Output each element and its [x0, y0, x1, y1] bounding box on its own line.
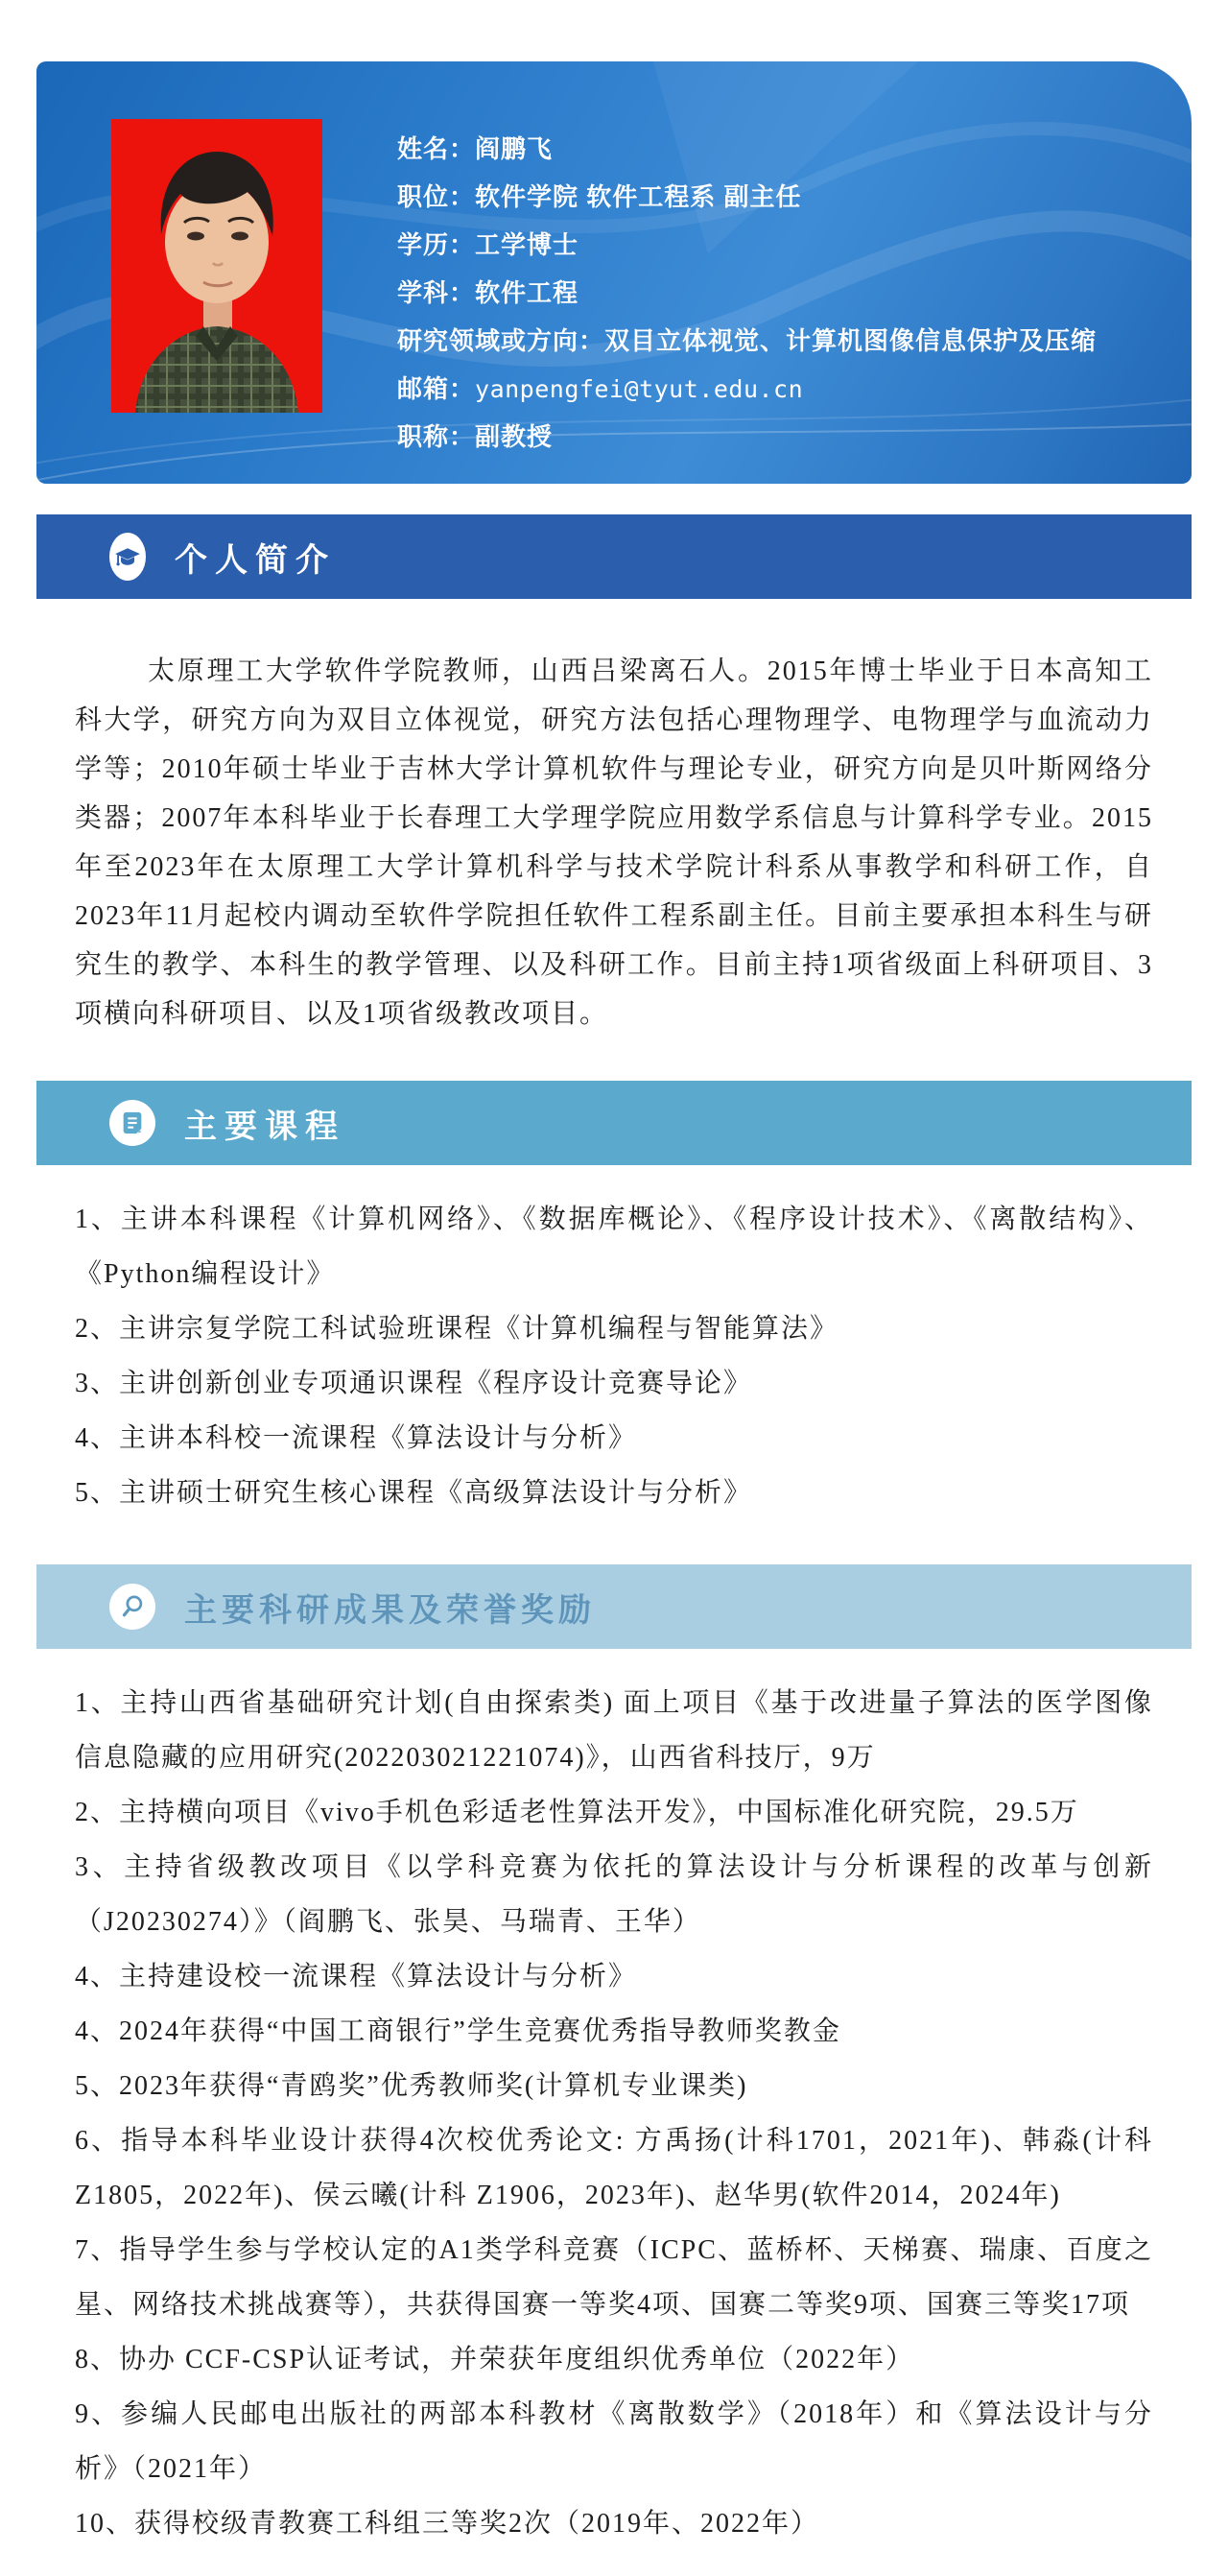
achievement-item: 2、主持横向项目《vivo手机色彩适老性算法开发》，中国标准化研究院，29.5万 [75, 1785, 1153, 1840]
course-item: 3、主讲创新创业专项通识课程《程序设计竞赛导论》 [75, 1356, 1153, 1411]
section-header-intro: 个人简介 [36, 514, 1192, 599]
id-photo [111, 119, 322, 413]
achievement-item: 3、主持省级教改项目《以学科竞赛为依托的算法设计与分析课程的改革与创新（J202… [75, 1840, 1153, 1949]
faculty-profile-page: 姓名：阎鹏飞 职位：软件学院 软件工程系 副主任 学历：工学博士 学科：软件工程… [0, 0, 1228, 2576]
profile-field-value: 软件工程 [475, 278, 579, 307]
profile-field-label: 学科： [397, 278, 475, 307]
achievement-item: 7、指导学生参与学校认定的A1类学科竞赛（ICPC、蓝桥杯、天梯赛、瑞康、百度之… [75, 2223, 1153, 2332]
profile-field-row: 学历：工学博士 [397, 221, 1163, 269]
course-item: 1、主讲本科课程《计算机网络》、《数据库概论》、《程序设计技术》、《离散结构》、… [75, 1192, 1153, 1301]
profile-field-value: 阎鹏飞 [475, 134, 553, 163]
document-icon [109, 1100, 155, 1146]
profile-field-value: yanpengfei@tyut.edu.cn [475, 375, 803, 403]
section-title-intro: 个人简介 [175, 534, 336, 581]
course-list: 1、主讲本科课程《计算机网络》、《数据库概论》、《程序设计技术》、《离散结构》、… [75, 1192, 1153, 1520]
profile-field-row: 职称：副教授 [397, 413, 1163, 461]
achievement-item: 4、主持建设校一流课程《算法设计与分析》 [75, 1949, 1153, 2004]
course-item: 4、主讲本科校一流课程《算法设计与分析》 [75, 1411, 1153, 1466]
profile-field-label: 职称： [397, 422, 475, 451]
course-item: 5、主讲硕士研究生核心课程《高级算法设计与分析》 [75, 1466, 1153, 1520]
profile-field-row: 研究领域或方向：双目立体视觉、计算机图像信息保护及压缩 [397, 317, 1163, 365]
section-header-courses: 主要课程 [36, 1081, 1192, 1165]
profile-field-row: 邮箱：yanpengfei@tyut.edu.cn [397, 365, 1163, 413]
profile-field-value: 副教授 [475, 422, 553, 451]
profile-field-row: 姓名：阎鹏飞 [397, 125, 1163, 173]
achievement-item: 6、指导本科毕业设计获得4次校优秀论文: 方禹扬(计科1701，2021年)、韩… [75, 2113, 1153, 2223]
profile-field-label: 学历： [397, 230, 475, 259]
achievement-item: 9、参编人民邮电出版社的两部本科教材《离散数学》（2018年）和《算法设计与分析… [75, 2387, 1153, 2496]
profile-header-card: 姓名：阎鹏飞 职位：软件学院 软件工程系 副主任 学历：工学博士 学科：软件工程… [36, 61, 1192, 484]
section-title-courses: 主要课程 [184, 1100, 345, 1147]
achievement-item: 1、主持山西省基础研究计划(自由探索类) 面上项目《基于改进量子算法的医学图像信… [75, 1676, 1153, 1785]
profile-field-label: 邮箱： [397, 374, 475, 403]
profile-field-row: 职位：软件学院 软件工程系 副主任 [397, 173, 1163, 221]
profile-field-value: 工学博士 [475, 230, 579, 259]
achievement-item: 5、2023年获得“青鸥奖”优秀教师奖(计算机专业课类) [75, 2059, 1153, 2113]
section-title-achievements: 主要科研成果及荣誉奖励 [184, 1584, 596, 1631]
achievement-item: 4、2024年获得“中国工商银行”学生竞赛优秀指导教师奖教金 [75, 2004, 1153, 2059]
profile-info-list: 姓名：阎鹏飞 职位：软件学院 软件工程系 副主任 学历：工学博士 学科：软件工程… [397, 125, 1163, 461]
profile-field-label: 职位： [397, 182, 475, 211]
profile-field-label: 姓名： [397, 134, 475, 163]
section-header-achievements: 主要科研成果及荣誉奖励 [36, 1564, 1192, 1649]
achievement-item: 8、协办 CCF-CSP认证考试，并荣获年度组织优秀单位（2022年） [75, 2332, 1153, 2387]
achievement-list: 1、主持山西省基础研究计划(自由探索类) 面上项目《基于改进量子算法的医学图像信… [75, 1676, 1153, 2576]
achievement-item: 10、获得校级青教赛工科组三等奖2次（2019年、2022年） [75, 2496, 1153, 2551]
graduation-cap-icon [109, 533, 146, 581]
course-item: 2、主讲宗复学院工科试验班课程《计算机编程与智能算法》 [75, 1301, 1153, 1356]
search-icon [109, 1584, 155, 1630]
profile-field-label: 研究领域或方向： [397, 326, 604, 355]
intro-paragraph: 太原理工大学软件学院教师，山西吕梁离石人。2015年博士毕业于日本高知工科大学，… [75, 647, 1153, 1038]
profile-field-value: 双目立体视觉、计算机图像信息保护及压缩 [604, 326, 1097, 355]
profile-field-value: 软件学院 软件工程系 副主任 [475, 182, 801, 211]
profile-field-row: 学科：软件工程 [397, 269, 1163, 317]
